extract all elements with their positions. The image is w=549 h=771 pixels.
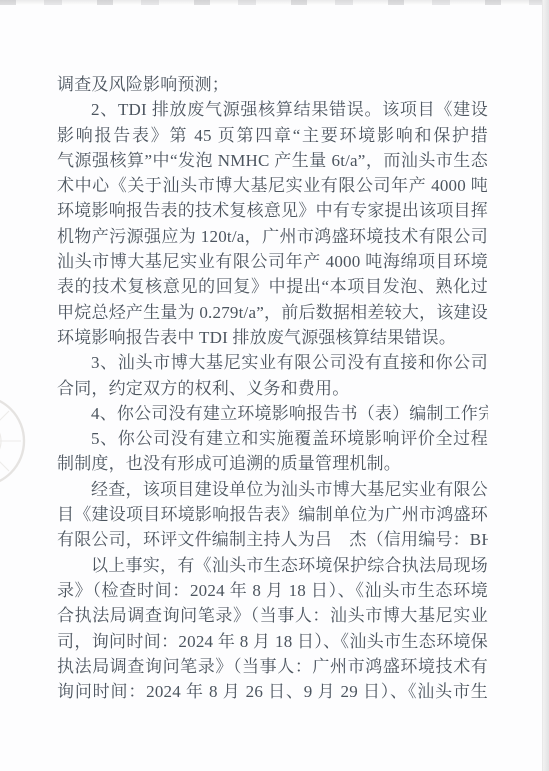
text-line: 合执法局调查询问笔录》（当事人：汕头市博大基尼实业有限公 — [57, 603, 488, 628]
text-line: 4、你公司没有建立环境影响报告书（表）编制工作完整档案。 — [57, 401, 488, 426]
text-line: 甲烷总烃产生量为 0.279t/a”，前后数据相差较大，该建设项目 — [57, 300, 488, 325]
text-line: 表的技术复核意见的回复》中提出“本项目发泡、熟化过程的非 — [57, 274, 488, 299]
text-line: 机物产污源强应为 120t/a，广州市鸿盛环境技术有限公司《关于 — [57, 224, 488, 249]
scanned-document-page: 调查及风险影响预测；2、TDI 排放废气源强核算结果错误。该项目《建设项目环境影… — [0, 0, 549, 771]
text-line: 录》（检查时间：2024 年 8 月 18 日）、《汕头市生态环境保护综 — [57, 578, 488, 603]
text-line: 司，询问时间：2024 年 8 月 18 日）、《汕头市生态环境保护综合 — [57, 629, 488, 654]
text-line: 询问时间：2024 年 8 月 26 日、9 月 29 日）、《汕头市生态环境 — [57, 679, 488, 704]
text-line: 环境影响报告表的技术复核意见》中有专家提出该项目挥发性有 — [57, 198, 488, 223]
text-line: 汕头市博大基尼实业有限公司年产 4000 吨海绵项目环境影响报告 — [57, 249, 488, 274]
text-line: 3、汕头市博大基尼实业有限公司没有直接和你公司签订委托 — [57, 350, 488, 375]
text-line: 经查，该项目建设单位为汕头市博大基尼实业有限公司；项 — [57, 477, 488, 502]
seal-stamp-icon — [0, 393, 27, 489]
text-line: 术中心《关于汕头市博大基尼实业有限公司年产 4000 吨海绵项目 — [57, 173, 488, 198]
document-lines: 调查及风险影响预测；2、TDI 排放废气源强核算结果错误。该项目《建设项目环境影… — [57, 72, 488, 704]
text-line: 调查及风险影响预测； — [57, 72, 488, 97]
text-line: 合同，约定双方的权利、义务和费用。 — [57, 376, 488, 401]
text-line: 制制度，也没有形成可追溯的质量管理机制。 — [57, 451, 488, 476]
right-scan-shadow-band — [542, 0, 549, 771]
top-scan-noise-band — [0, 0, 549, 5]
text-line: 2、TDI 排放废气源强核算结果错误。该项目《建设项目环境 — [57, 97, 488, 122]
text-line: 目《建设项目环境影响报告表》编制单位为广州市鸿盛环境技术 — [57, 502, 488, 527]
text-line: 环境影响报告表中 TDI 排放废气源强核算结果错误。 — [57, 325, 488, 350]
text-line: 以上事实，有《汕头市生态环境保护综合执法局现场检查笔 — [57, 553, 488, 578]
text-line: 5、你公司没有建立和实施覆盖环境影响评价全过程的质量控 — [57, 426, 488, 451]
text-line: 执法局调查询问笔录》（当事人：广州市鸿盛环境技术有限公司， — [57, 654, 488, 679]
text-line: 影响报告表》第 45 页第四章“主要环境影响和保护措施……1.1 废 — [57, 123, 488, 148]
text-line: 有限公司，环评文件编制主持人为吕 杰（信用编号：BH065C ）。 — [57, 527, 488, 552]
text-line: 气源强核算”中“发泡 NMHC 产生量 6t/a”，而汕头市生态环境技 — [57, 148, 488, 173]
